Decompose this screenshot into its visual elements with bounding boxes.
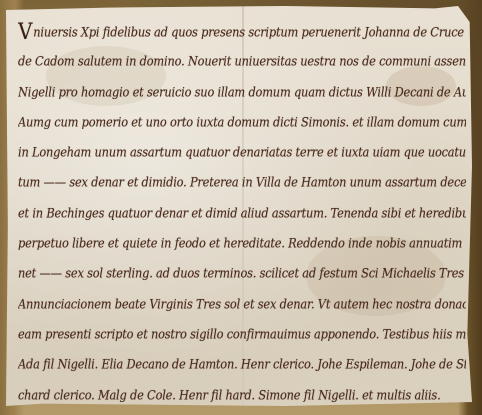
text-line-11: eam presenti scripto et nostro sigillo c… — [18, 317, 466, 351]
text-line-1: Vniuersis Xpi fidelibus ad quos presens … — [18, 14, 466, 48]
text-line-7: et in Bechinges quatuor denar et dimid a… — [18, 196, 466, 230]
initial-letter: V — [18, 18, 32, 45]
text-line-8: perpetuo libere et quiete in feodo et he… — [18, 226, 466, 260]
text-line-12: Ada fil Nigelli. Elia Decano de Hamton. … — [18, 347, 466, 381]
text-line-10: Annunciacionem beate Virginis Tres sol e… — [18, 287, 466, 321]
text-line-4: Aumg cum pomerio et uno orto iuxta domum… — [18, 105, 466, 139]
text-line-2: de Cadom salutem in domino. Nouerit uniu… — [18, 44, 466, 78]
text-line-6: tum —— sex denar et dimidio. Preterea in… — [18, 166, 466, 200]
text-line-9: net —— sex sol sterling. ad duos termino… — [18, 257, 466, 291]
parchment-charter: Vniuersis Xpi fidelibus ad quos presens … — [6, 6, 472, 406]
charter-text: Vniuersis Xpi fidelibus ad quos presens … — [18, 16, 466, 410]
text-line-3: Nigelli pro homagio et seruicio suo illa… — [18, 75, 466, 109]
